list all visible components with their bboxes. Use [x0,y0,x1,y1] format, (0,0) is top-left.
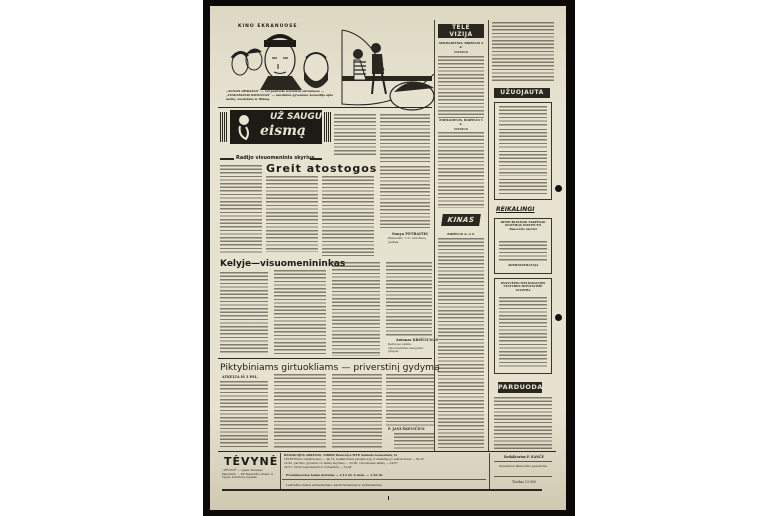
tv-day2: PIRMADIENIS, BIRŽELIO 5 d. [438,119,484,126]
parduoda-badge: PARDUODA [498,382,542,393]
job-notice-1-org: RESPUBLIKINIO TARPŪKIO STATYBOS INSTITUT… [498,221,548,231]
newspaper-page: KINO EKRANUOSE „ANNOS OBRAZAS“ — vėl pas… [210,6,566,510]
footer-phones-3: 24-57, fotokorespondento ir žurnalistų —… [284,466,484,470]
kinas-listing-text [438,238,484,448]
article-author-note: Keliuose veikia visuomeninės saugumo gru… [388,343,430,354]
article-body-text [380,114,430,162]
article-body-text [332,374,382,448]
article-body-text [334,114,376,156]
divider [494,476,552,477]
divider [220,158,234,160]
masthead-description: „TĖVYNĖ“ — spaus dinamas Panevėžio ... K… [222,469,276,480]
film-illustration-bridge [338,24,438,112]
decor-bars-right [324,112,331,142]
section-label: KINO EKRANUOSE [238,24,297,29]
article-body-text [274,374,326,448]
article-body-text [332,262,380,356]
footer-rule [222,489,542,491]
divider [218,451,556,452]
article-body-text [386,374,434,426]
tv-sub1: VILNIUS [438,50,484,54]
article-author: P. JANUŠKEVIČIUS [388,427,425,431]
job-notice-2-org: PANEVĖŽIO MELIORACIJOS STATYBOS MONTAVIM… [498,282,548,292]
article-body-text [322,176,374,256]
column-rule [280,453,281,489]
kinas-badge: KINAS [441,214,481,226]
article-body-text [220,381,268,447]
job-notice-1-sign: ADMINISTRACIJA [498,263,548,267]
film-caption: „ANNOS OBRAZAS“ — vėl pasirodė netrukus … [226,90,336,101]
article-title-kelyje: Kelyje—visuomenininkas [220,259,345,269]
tv-sub2: VILNIUS [438,127,484,131]
footer-editor: Redaktorius P. KANČĖ [494,455,554,459]
article-author-note: Panevėžio 7-11 autobusų parkas [388,237,430,244]
divider [218,107,432,108]
binding-hole [555,185,562,192]
column-rule [489,453,490,489]
tv-program-text [492,22,554,82]
article-title-greit: Greit atostogos [266,162,377,175]
traffic-figure-icon [234,113,254,141]
binding-hole [555,314,562,321]
divider [310,158,322,160]
job-notice-2: PANEVĖŽIO MELIORACIJOS STATYBOS MONTAVIM… [494,278,552,374]
sale-notice-text [494,426,552,450]
article-title-piktybiniams: Piktybiniams girtuokliams — priverstinį … [220,362,440,373]
tv-badge-line2: VIZIJA [438,31,484,38]
divider [282,479,486,480]
reikalingi-header: REIKALINGI [496,206,534,213]
decor-bars-left [220,112,227,142]
footer-circulation: Tiražas 13.500 [494,480,554,484]
divider [218,358,432,359]
footer-printer: Spaustuvė Panevėžio spaustuvė [498,464,548,468]
footer-price: Prenumeratos kaina metams — 3,12 rb. 6 m… [286,473,383,477]
uzuojauta-badge: UŽUOJAUTA [494,88,550,98]
tv-program-text [438,56,484,118]
condolences-box [494,102,552,200]
column-badge: UŽ SAUGU eismą [230,110,322,144]
tv-program-text [438,132,484,208]
masthead-logo: TĖVYNĖ [224,455,278,468]
tv-badge-line1: TELE [438,24,484,31]
job-notice-1: RESPUBLIKINIO TARPŪKIO STATYBOS INSTITUT… [494,218,552,274]
article-body-text [386,262,432,336]
divider [494,461,552,462]
tv-day1: SEKMADIENIS, BIRŽELIO 4 d. [438,42,484,49]
article-body-text [220,272,268,354]
article-body-text [380,166,430,228]
page-mark [388,496,389,500]
article-body-text [220,165,262,253]
footer-print-schedule: Laikraštis išeina antradieniais, ketvirt… [286,483,382,487]
article-author-note-text [394,433,434,449]
article-body-text [266,176,318,252]
column-rule [434,20,435,451]
article-dateline: ATKELTA IŠ 3 PSL. [222,375,258,379]
sale-notice-text [494,397,552,423]
column-badge-line1: UŽ SAUGU [270,112,322,122]
film-illustration-faces [220,30,330,90]
column-rule [488,20,489,451]
article-body-text [274,270,326,356]
column-subtitle: Radijo visuomeninis skyrius [236,155,315,161]
column-badge-line2: eismą [260,123,306,139]
tv-badge: TELE VIZIJA [438,24,484,38]
kinas-day: BIRŽELIO 4—5 d. [438,232,484,236]
